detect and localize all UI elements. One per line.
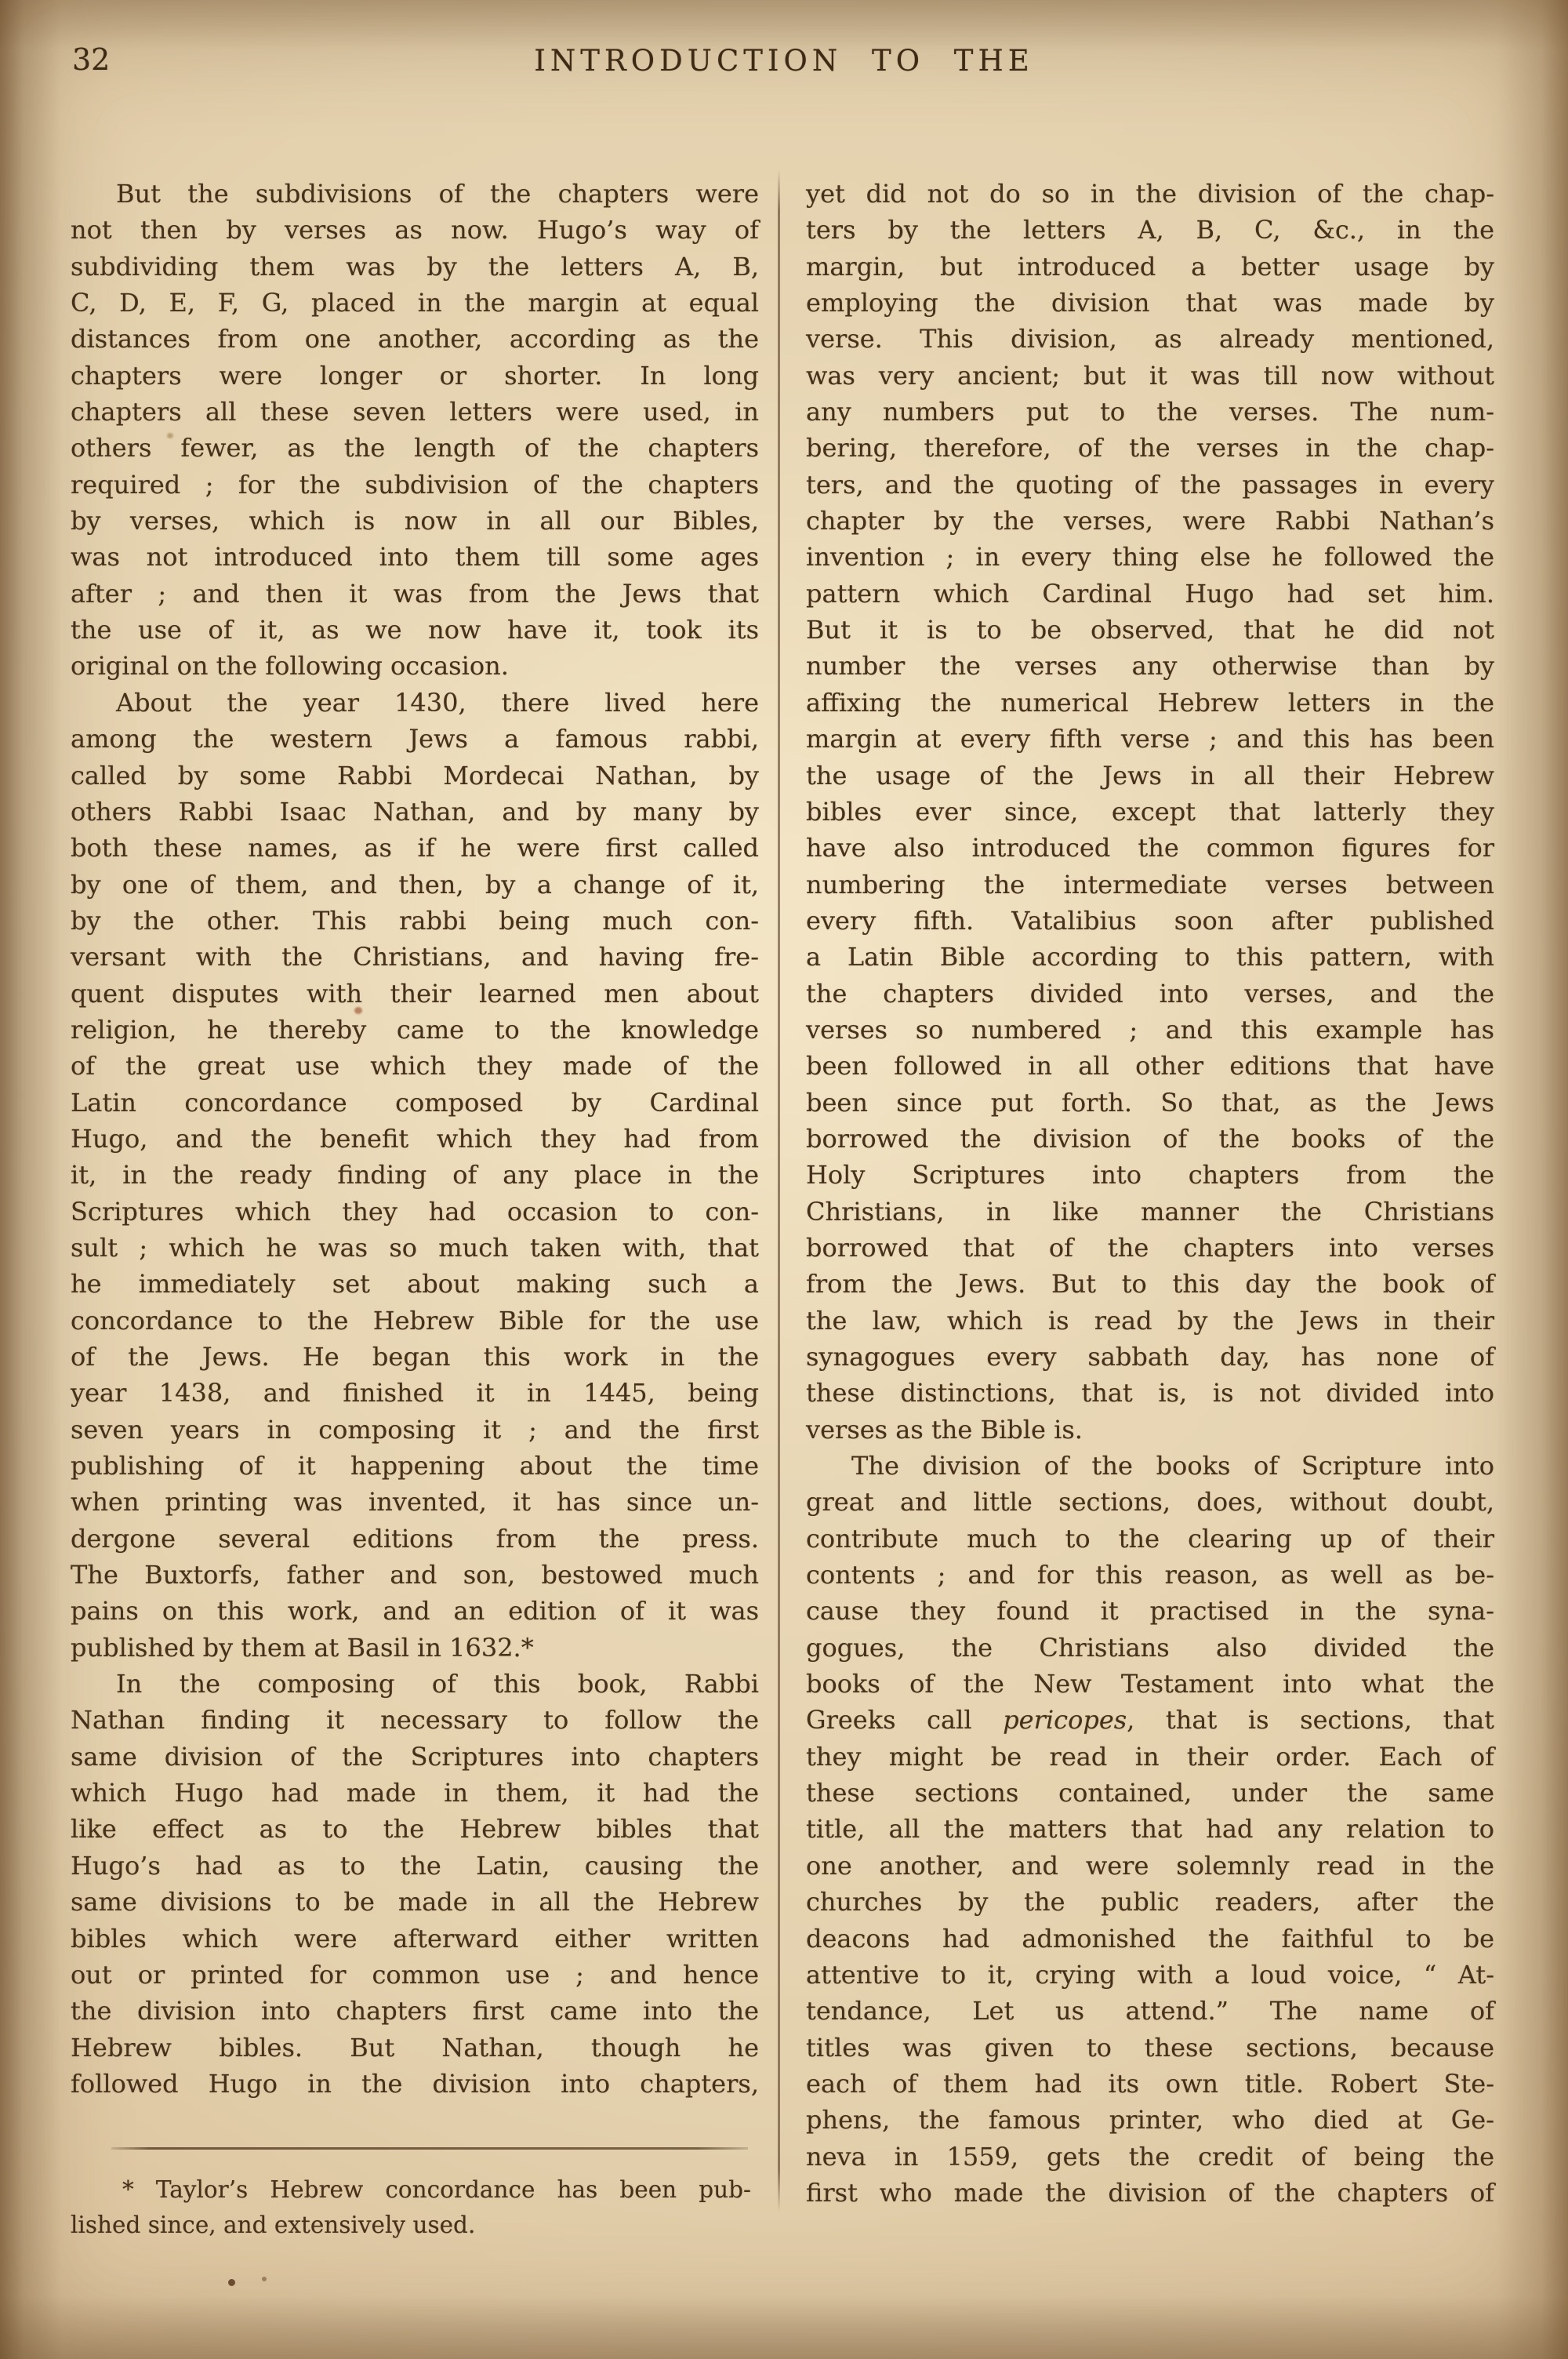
text-line: these sections contained, under the same [806, 1775, 1494, 1811]
paragraph: yet did not do so in the division of the… [806, 176, 1494, 1448]
text-line: But it is to be observed, that he did no… [806, 612, 1494, 648]
text-line: gogues, the Christians also divided the [806, 1630, 1494, 1666]
text-line: pattern which Cardinal Hugo had set him. [806, 576, 1494, 612]
ink-speck [228, 2279, 235, 2286]
paragraph: * Taylor’s Hebrew concordance has been p… [71, 2172, 751, 2243]
text-line: was not introduced into them till some a… [71, 539, 759, 575]
text-line: Scriptures which they had occasion to co… [71, 1194, 759, 1230]
text-line: tendance, Let us attend.” The name of [806, 1993, 1494, 2029]
text-line: great and little sections, does, without… [806, 1484, 1494, 1520]
text-line: The division of the books of Scripture i… [806, 1448, 1494, 1484]
text-line: sult ; which he was so much taken with, … [71, 1230, 759, 1266]
right-column: yet did not do so in the division of the… [806, 176, 1494, 2211]
text-line: the usage of the Jews in all their Hebre… [806, 758, 1494, 794]
paragraph: About the year 1430, there lived hereamo… [71, 685, 759, 1666]
text-line: the division into chapters first came in… [71, 1993, 759, 2029]
text-line: Nathan finding it necessary to follow th… [71, 1702, 759, 1738]
text-line: publishing of it happening about the tim… [71, 1448, 759, 1484]
text-line: verse. This division, as already mention… [806, 321, 1494, 357]
text-line: they might be read in their order. Each … [806, 1739, 1494, 1775]
text-line: was very ancient; but it was till now wi… [806, 358, 1494, 394]
text-line: these distinctions, that is, is not divi… [806, 1375, 1494, 1411]
text-line: it, in the ready finding of any place in… [71, 1157, 759, 1193]
text-line: called by some Rabbi Mordecai Nathan, by [71, 758, 759, 794]
text-line: distances from one another, according as… [71, 321, 759, 357]
text-line: same division of the Scriptures into cha… [71, 1739, 759, 1775]
text-line: one another, and were solemnly read in t… [806, 1848, 1494, 1884]
paragraph: In the composing of this book, RabbiNath… [71, 1666, 759, 2102]
text-line: he immediately set about making such a [71, 1266, 759, 1302]
running-header: INTRODUCTION TO THE [0, 44, 1568, 78]
text-line: Latin concordance composed by Cardinal [71, 1085, 759, 1121]
text-line: the use of it, as we now have it, took i… [71, 612, 759, 648]
text-line: churches by the public readers, after th… [806, 1884, 1494, 1920]
text-line: any numbers put to the verses. The num- [806, 394, 1494, 430]
text-line: cause they found it practised in the syn… [806, 1593, 1494, 1629]
text-line: seven years in composing it ; and the fi… [71, 1412, 759, 1448]
text-line: year 1438, and finished it in 1445, bein… [71, 1375, 759, 1411]
paragraph: The division of the books of Scripture i… [806, 1448, 1494, 2211]
text-line: title, all the matters that had any rela… [806, 1811, 1494, 1847]
text-line: others Rabbi Isaac Nathan, and by many b… [71, 794, 759, 830]
text-line: every fifth. Vatalibius soon after publi… [806, 903, 1494, 939]
text-line: each of them had its own title. Robert S… [806, 2066, 1494, 2102]
footnote-separator-rule [111, 2147, 748, 2150]
text-line: like effect as to the Hebrew bibles that [71, 1811, 759, 1847]
text-line: number the verses any otherwise than by [806, 648, 1494, 684]
text-line: verses as the Bible is. [806, 1412, 1494, 1448]
book-page: 32 INTRODUCTION TO THE But the subdivisi… [0, 0, 1568, 2359]
text-line: Greeks call pericopes, that is sections,… [806, 1702, 1494, 1738]
text-line: borrowed that of the chapters into verse… [806, 1230, 1494, 1266]
text-line: followed Hugo in the division into chapt… [71, 2066, 759, 2102]
text-line: numbering the intermediate verses betwee… [806, 867, 1494, 903]
text-line: of the Jews. He began this work in the [71, 1339, 759, 1375]
text-line: bibles which were afterward either writt… [71, 1921, 759, 1957]
left-column: But the subdivisions of the chapters wer… [71, 176, 759, 2102]
text-line: The Buxtorfs, father and son, bestowed m… [71, 1557, 759, 1593]
text-line: both these names, as if he were first ca… [71, 830, 759, 866]
text-line: attentive to it, crying with a loud voic… [806, 1957, 1494, 1993]
text-line: bering, therefore, of the verses in the … [806, 430, 1494, 466]
text-line: affixing the numerical Hebrew letters in… [806, 685, 1494, 721]
text-line: pains on this work, and an edition of it… [71, 1593, 759, 1629]
text-line: ters, and the quoting of the passages in… [806, 467, 1494, 503]
text-line: neva in 1559, gets the credit of being t… [806, 2139, 1494, 2175]
text-line: original on the following occasion. [71, 648, 759, 684]
text-line: been since put forth. So that, as the Je… [806, 1085, 1494, 1121]
text-line: subdividing them was by the letters A, B… [71, 249, 759, 285]
text-line: chapter by the verses, were Rabbi Nathan… [806, 503, 1494, 539]
text-line: when printing was invented, it has since… [71, 1484, 759, 1520]
column-divider-rule [778, 169, 780, 2212]
text-line: contents ; and for this reason, as well … [806, 1557, 1494, 1593]
text-line: after ; and then it was from the Jews th… [71, 576, 759, 612]
text-line: titles was given to these sections, beca… [806, 2030, 1494, 2066]
text-line: from the Jews. But to this day the book … [806, 1266, 1494, 1302]
text-line: quent disputes with their learned men ab… [71, 976, 759, 1012]
text-line: the chapters divided into verses, and th… [806, 976, 1494, 1012]
text-line: ters by the letters A, B, C, &c., in the [806, 212, 1494, 248]
text-line: Holy Scriptures into chapters from the [806, 1157, 1494, 1193]
paragraph: But the subdivisions of the chapters wer… [71, 176, 759, 685]
text-line: dergone several editions from the press. [71, 1521, 759, 1557]
text-line: chapters were longer or shorter. In long [71, 358, 759, 394]
text-line: About the year 1430, there lived here [71, 685, 759, 721]
text-line: Hugo, and the benefit which they had fro… [71, 1121, 759, 1157]
text-line: by the other. This rabbi being much con- [71, 903, 759, 939]
text-line: borrowed the division of the books of th… [806, 1121, 1494, 1157]
text-line: been followed in all other editions that… [806, 1048, 1494, 1084]
text-line: lished since, and extensively used. [71, 2208, 751, 2243]
paper-stain [354, 1007, 362, 1014]
ink-speck [262, 2277, 267, 2281]
text-line: invention ; in every thing else he follo… [806, 539, 1494, 575]
paper-stain [167, 433, 173, 438]
text-line: versant with the Christians, and having … [71, 939, 759, 975]
text-line: by one of them, and then, by a change of… [71, 867, 759, 903]
text-line: employing the division that was made by [806, 285, 1494, 321]
text-line: a Latin Bible according to this pattern,… [806, 939, 1494, 975]
text-line: synagogues every sabbath day, has none o… [806, 1339, 1494, 1375]
footnote: * Taylor’s Hebrew concordance has been p… [71, 2172, 751, 2243]
text-line: same divisions to be made in all the Heb… [71, 1884, 759, 1920]
text-line: required ; for the subdivision of the ch… [71, 467, 759, 503]
text-line: contribute much to the clearing up of th… [806, 1521, 1494, 1557]
text-line: the law, which is read by the Jews in th… [806, 1303, 1494, 1339]
text-line: deacons had admonished the faithful to b… [806, 1921, 1494, 1957]
text-line: out or printed for common use ; and henc… [71, 1957, 759, 1993]
text-line: phens, the famous printer, who died at G… [806, 2102, 1494, 2138]
text-line: C, D, E, F, G, placed in the margin at e… [71, 285, 759, 321]
text-line: among the western Jews a famous rabbi, [71, 721, 759, 757]
text-line: Hugo’s had as to the Latin, causing the [71, 1848, 759, 1884]
text-line: not then by verses as now. Hugo’s way of [71, 212, 759, 248]
text-line: In the composing of this book, Rabbi [71, 1666, 759, 1702]
text-line: Hebrew bibles. But Nathan, though he [71, 2030, 759, 2066]
text-line: bibles ever since, except that latterly … [806, 794, 1494, 830]
text-line: others fewer, as the length of the chapt… [71, 430, 759, 466]
text-line: * Taylor’s Hebrew concordance has been p… [71, 2172, 751, 2208]
text-line: concordance to the Hebrew Bible for the … [71, 1303, 759, 1339]
text-line: of the great use which they made of the [71, 1048, 759, 1084]
text-line: Christians, in like manner the Christian… [806, 1194, 1494, 1230]
text-line: first who made the division of the chapt… [806, 2175, 1494, 2211]
text-line: by verses, which is now in all our Bible… [71, 503, 759, 539]
text-line: margin, but introduced a better usage by [806, 249, 1494, 285]
text-line: books of the New Testament into what the [806, 1666, 1494, 1702]
text-line: yet did not do so in the division of the… [806, 176, 1494, 212]
text-line: religion, he thereby came to the knowled… [71, 1012, 759, 1048]
text-line: have also introduced the common figures … [806, 830, 1494, 866]
text-line: which Hugo had made in them, it had the [71, 1775, 759, 1811]
text-line: chapters all these seven letters were us… [71, 394, 759, 430]
text-line: But the subdivisions of the chapters wer… [71, 176, 759, 212]
text-line: verses so numbered ; and this example ha… [806, 1012, 1494, 1048]
text-line: margin at every fifth verse ; and this h… [806, 721, 1494, 757]
text-line: published by them at Basil in 1632.* [71, 1630, 759, 1666]
